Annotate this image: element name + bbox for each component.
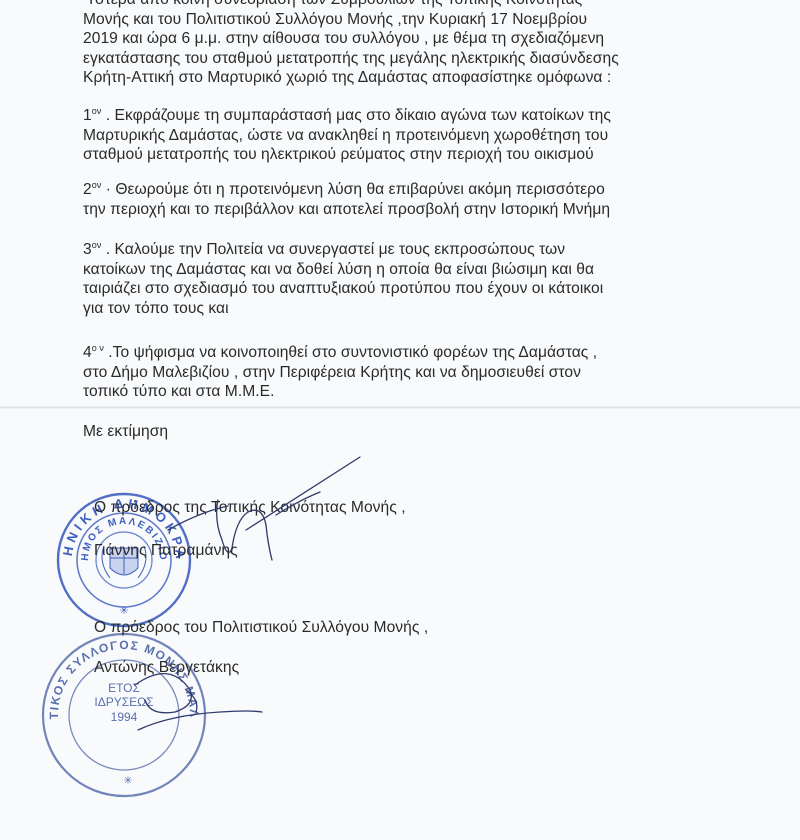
signatory-2-title: Ο πρόεδρος του Πολιτιστικού Συλλόγου Μον… xyxy=(94,618,428,638)
point-line: για τον τόπο τους και xyxy=(83,299,603,319)
point-number: 1 xyxy=(83,107,92,124)
intro-line: 2019 και ώρα 6 μ.μ. στην αίθουσα του συλ… xyxy=(83,29,619,49)
point-line: σταθμού μετατροπής του ηλεκτρικού ρεύματ… xyxy=(83,145,611,165)
signature-2-icon xyxy=(135,674,262,730)
stamp-center-line: ΙΔΡΥΣΕΩΣ xyxy=(94,695,153,709)
resolution-point-3: 3ον . Καλούμε την Πολιτεία να συνεργαστε… xyxy=(83,240,603,318)
resolution-point-4: 4ο ν .Το ψήφισμα να κοινοποιηθεί στο συν… xyxy=(83,343,597,402)
intro-paragraph: Ύστερα από κοινή συνεδρίαση των Συμβουλί… xyxy=(83,0,619,88)
point-line: Εκφράζουμε τη συμπαράστασή μας στο δίκαι… xyxy=(115,107,611,124)
point-separator: . xyxy=(104,344,113,361)
point-line: κατοίκων της Δαμάστας και να δοθεί λύση … xyxy=(83,260,603,280)
point-ordinal: ον xyxy=(92,106,102,116)
signatory-1-title: Ο πρόεδρος της Τοπικής Κοινότητας Μονής … xyxy=(94,498,406,518)
intro-line: εγκατάστασης του σταθμού μετατροπής της … xyxy=(83,49,619,69)
intro-line: Κρήτη-Αττική στο Μαρτυρικό χωριό της Δαμ… xyxy=(83,68,619,88)
stamp-center-line: 1994 xyxy=(111,710,138,724)
point-ordinal: ο ν xyxy=(92,343,104,353)
star-icon: ✳ xyxy=(123,775,132,787)
point-number: 2 xyxy=(83,181,92,198)
closing-salutation: Με εκτίμηση xyxy=(83,422,168,442)
point-line: Θεωρούμε ότι η προτεινόμενη λύση θα επιβ… xyxy=(115,181,604,198)
signatory-2-name: Αντώνης Βεργετάκης xyxy=(94,658,239,678)
intro-line: Ύστερα από κοινή συνεδρίαση των Συμβουλί… xyxy=(83,0,619,10)
point-line: τοπικό τύπο και στα Μ.Μ.Ε. xyxy=(83,382,597,402)
point-number: 3 xyxy=(83,241,92,258)
point-ordinal: ον xyxy=(92,240,102,250)
point-separator: . xyxy=(101,107,114,124)
resolution-point-1: 1ον . Εκφράζουμε τη συμπαράστασή μας στο… xyxy=(83,106,611,165)
point-line: Μαρτυρικής Δαμάστας, ώστε να ανακληθεί η… xyxy=(83,126,611,146)
resolution-point-2: 2ον · Θεωρούμε ότι η προτεινόμενη λύση θ… xyxy=(83,180,610,219)
star-icon: ✳ xyxy=(119,605,128,617)
scanned-document-page: Ύστερα από κοινή συνεδρίαση των Συμβουλί… xyxy=(0,0,800,840)
point-line: στο Δήμο Μαλεβιζίου , στην Περιφέρεια Κρ… xyxy=(83,363,597,383)
intro-line: Μονής και του Πολιτιστικού Συλλόγου Μονή… xyxy=(83,10,619,30)
point-separator: . xyxy=(101,241,114,258)
point-line: Καλούμε την Πολιτεία να συνεργαστεί με τ… xyxy=(115,241,566,258)
point-ordinal: ον xyxy=(92,180,102,190)
point-line: Το ψήφισμα να κοινοποιηθεί στο συντονιστ… xyxy=(113,344,597,361)
stamp-center-line: ΕΤΟΣ xyxy=(108,681,140,695)
point-line: την περιοχή και το περιβάλλον και αποτελ… xyxy=(83,200,610,220)
point-line: ταιριάζει στο σχεδιασμό του αναπτυξιακού… xyxy=(83,279,603,299)
point-number: 4 xyxy=(83,344,92,361)
signatory-1-name: Γιάννης Πατραμάνης xyxy=(94,541,238,561)
point-separator: · xyxy=(101,181,115,198)
paper-fold-line xyxy=(0,406,800,409)
